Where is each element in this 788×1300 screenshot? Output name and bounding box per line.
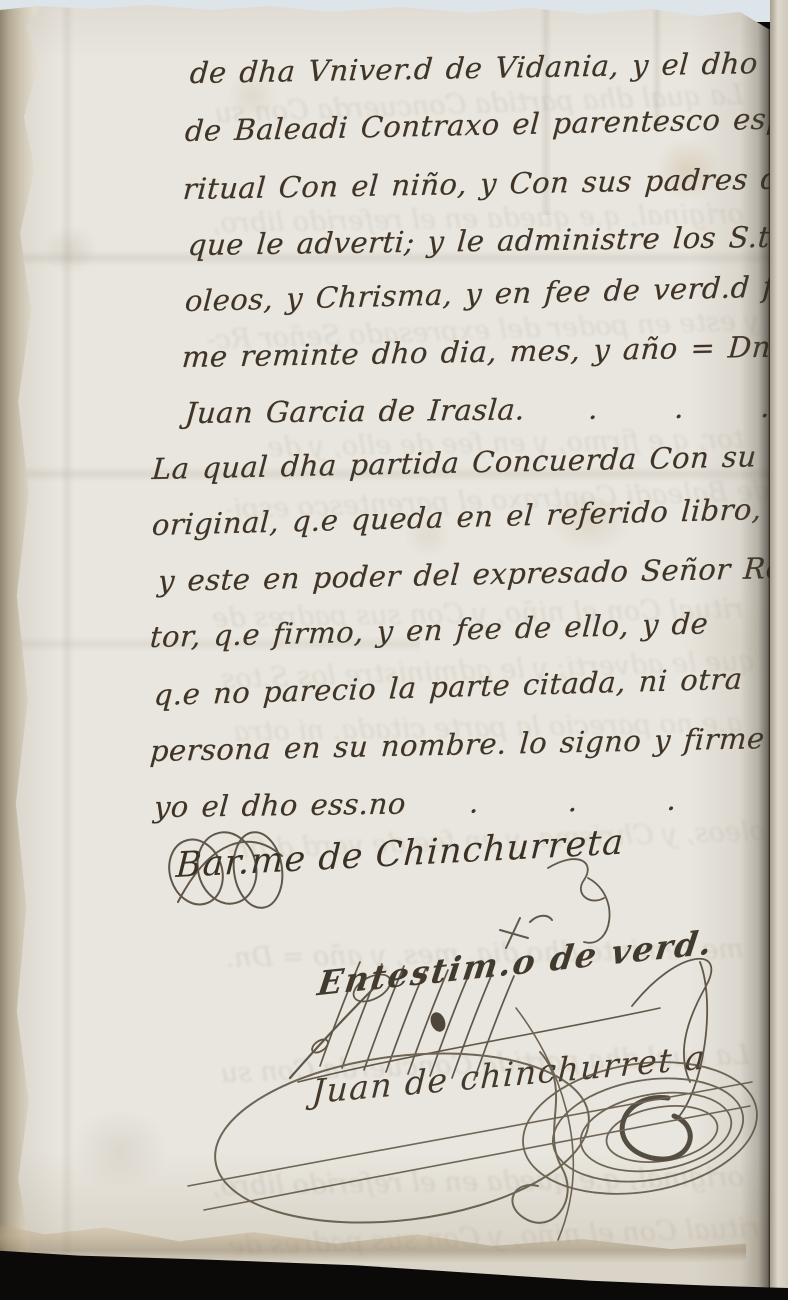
signature-rubric-flourishes (0, 0, 770, 1296)
manuscript-page: La qual dha partida Concuerda Con su ori… (0, 0, 770, 1296)
book-gutter-shadow (740, 0, 770, 1292)
adjacent-page-edge (770, 0, 788, 1292)
manuscript-scan: La qual dha partida Concuerda Con su ori… (0, 0, 788, 1300)
